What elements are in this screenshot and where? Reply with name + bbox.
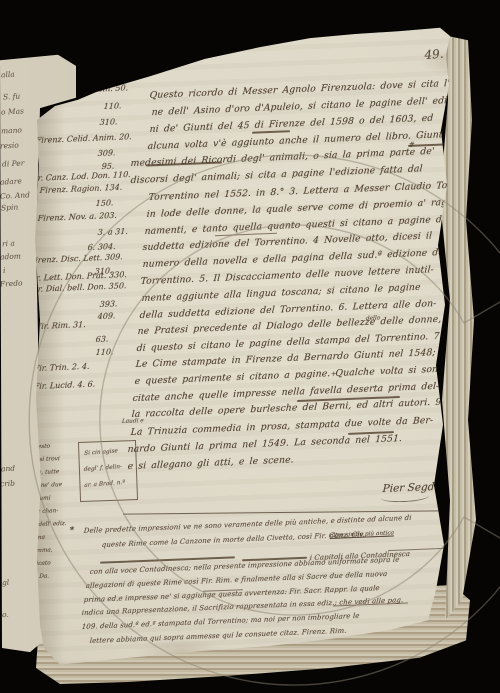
edge-fragment: ri a (2, 239, 15, 249)
edge-fragment: alla (1, 70, 15, 80)
footnote-line: i Capitoli alla Contadinesca (309, 550, 410, 562)
underline-mark (333, 602, 408, 606)
body-line: nardo Giunti la prima nel 1549. La secon… (127, 433, 402, 455)
margin-ref-line: 310. (99, 117, 117, 127)
edge-fragment: Co. And (0, 190, 30, 201)
margin-ref-line: Firenz. Ragion. 134. (39, 183, 122, 195)
strike-mark (146, 161, 222, 166)
boxed-margin-note: Si cin agise degl' f. delin- ar. a Brad.… (78, 440, 138, 502)
insert-dello: dello (366, 315, 381, 322)
margin-ref-line: Fir. Dial. bell. Don. 350. (29, 281, 126, 294)
body-line: La Trinuzia commedia in prosa, stampata … (130, 415, 433, 438)
edge-fragment: Fredo (0, 278, 23, 288)
body-line: Le Cime stampate in Firenze da Bernardo … (135, 347, 436, 370)
footnote-line: 109. della sud.ª ed.ª stampata dal Torre… (81, 612, 359, 631)
body-line: Questo ricordo di Messer Agnolo Firenzuo… (149, 77, 482, 101)
body-line: e queste parimente si citano a pagine. Q… (134, 364, 444, 387)
underline-mark (203, 589, 243, 592)
footnote-line: prima ed.e impresse ne' si aggiunge ques… (83, 584, 379, 604)
margin-ref-line: Fir. Lett. Don. Prat. 330. (27, 270, 127, 283)
underline-mark (388, 548, 446, 551)
body-line: discorsi degl' animali; si cita a pagine… (130, 163, 423, 186)
footnote-line: con alla voce Contadinesca; nella presen… (89, 556, 399, 576)
signature-flourish (381, 491, 429, 503)
margin-ref-line: 63. (95, 334, 108, 344)
margin-ref-line: Firenz. Nov. a. 203. (37, 211, 117, 223)
margin-ref-line: 409. (97, 311, 115, 321)
edge-fragment: o Mas (1, 106, 24, 116)
edge-fragment: adare (0, 176, 22, 186)
edge-fragment: mano (1, 125, 22, 135)
footnote-line: queste Rime come la Canzone in morte del… (101, 530, 365, 549)
boxed-note-line: ar. a Brad. n.ª (84, 480, 125, 489)
margin-ref-line: 309. (97, 148, 115, 158)
footnote-line: indica una Rappresentazione, il Sacrifiz… (81, 596, 403, 617)
margin-ref-line: 310. (94, 266, 112, 276)
margin-ref-line: Fir. Rim. 31. (35, 320, 86, 331)
footnote-insert: altra simile più antica (330, 530, 395, 539)
body-line: ni de' Giunti del 45 di Firenze del 1598… (149, 113, 433, 135)
footnote-line: allegazioni di queste Rime così Fir. Rim… (85, 570, 387, 590)
edge-fragment: i (3, 266, 6, 275)
margin-ref-line: Firenz. Celid. Anim. 20. (35, 132, 132, 145)
margin-ref-line: Fir. Canz. Lod. Don. 110. (29, 170, 131, 183)
body-line: medesimi dei Ricordi degl' animali, o si… (130, 146, 435, 169)
margin-ref-line: 110. (103, 101, 121, 111)
strike-mark (252, 130, 290, 133)
separator-rule (123, 510, 439, 514)
margin-ref-line: Fir. Trin. 2. 4. (33, 362, 89, 373)
body-line: numero della novella e della pagina dell… (142, 247, 447, 270)
margin-ref-line: 110. (95, 347, 113, 357)
margin-ref-line: 95. (101, 161, 114, 171)
edge-fragment: o. (2, 610, 9, 619)
body-line: namenti, e tanto quella quanto questi si… (144, 213, 459, 237)
manuscript-page: 49. Firenz. Asin. 50. 110. 310. Firenz. … (0, 0, 500, 693)
edge-fragment: Spin (1, 203, 19, 213)
body-line: della suddetta edizione del Torrentino. … (139, 298, 437, 321)
insert-laudi: Laudi e (122, 418, 144, 425)
body-line: suddetta edizione del Torrentino. 4 Nove… (142, 230, 432, 253)
body-line: ne dell' Asino d'oro d'Apuleio, si citan… (151, 94, 464, 118)
insert-plus-mark: + (330, 370, 336, 378)
underline-mark (215, 233, 277, 236)
footnote-line: Delle predette impressioni ve ne sono ve… (83, 514, 411, 535)
body-line: citate anche quelle impresse nella favel… (132, 381, 439, 404)
margin-ref-line: 150. (95, 198, 113, 208)
margin-ref-line: 6. 304. (87, 242, 116, 252)
edge-fragment: di Per (2, 158, 25, 168)
boxed-note-line: Si cin agise (84, 448, 118, 457)
body-line: Torrentino nel 1552. in 8.° 3. Lettera a… (148, 179, 474, 203)
body-line: di questo si citano le pagine della stam… (136, 331, 443, 354)
edge-fragment: crib (0, 479, 15, 489)
margin-ref-line: Firenz. Disc. Lett. 309. (29, 252, 123, 265)
signature: Pier Segd. (382, 481, 438, 495)
edge-fragment: S. fu (3, 92, 21, 102)
body-line: mente aggiunte alla lingua toscana; si c… (141, 282, 421, 304)
margin-ref-line: 393. (99, 299, 117, 309)
edge-fragment: gl (2, 578, 10, 587)
edge-fragment: adom (0, 251, 21, 261)
boxed-note-line: degl' f. delin- (84, 464, 122, 473)
manuscript-photo: alla S. fu o Mas mano resio di Per adare… (0, 0, 500, 693)
margin-ref-line: 3. a 31. (97, 227, 128, 237)
body-line: Torrentino. 5. Il Discacciamento delle n… (140, 264, 434, 287)
edge-fragment: and (1, 464, 16, 474)
strike-mark (297, 396, 400, 402)
edge-fragment: resio (0, 141, 19, 151)
dash-mark (242, 557, 307, 561)
margin-ref-line: Fir. Lucid. 4. 6. (33, 380, 95, 392)
folio-number: 49. (424, 47, 444, 62)
strike-mark (348, 431, 394, 434)
body-line: alcuna volta v'è aggiunto anche il numer… (147, 129, 446, 152)
footnote-marker: * (69, 526, 74, 536)
body-line: in lode delle donne, la quale serve come… (146, 196, 459, 220)
body-line: la raccolta delle opere burlesche del Be… (131, 396, 445, 420)
insert-hash-mark: # (408, 141, 414, 149)
body-line: ne Pratesi precedente al Dialogo delle b… (137, 312, 484, 337)
strike-mark (100, 556, 235, 563)
body-line: e si allegano gli atti, e le scene. (127, 454, 294, 472)
